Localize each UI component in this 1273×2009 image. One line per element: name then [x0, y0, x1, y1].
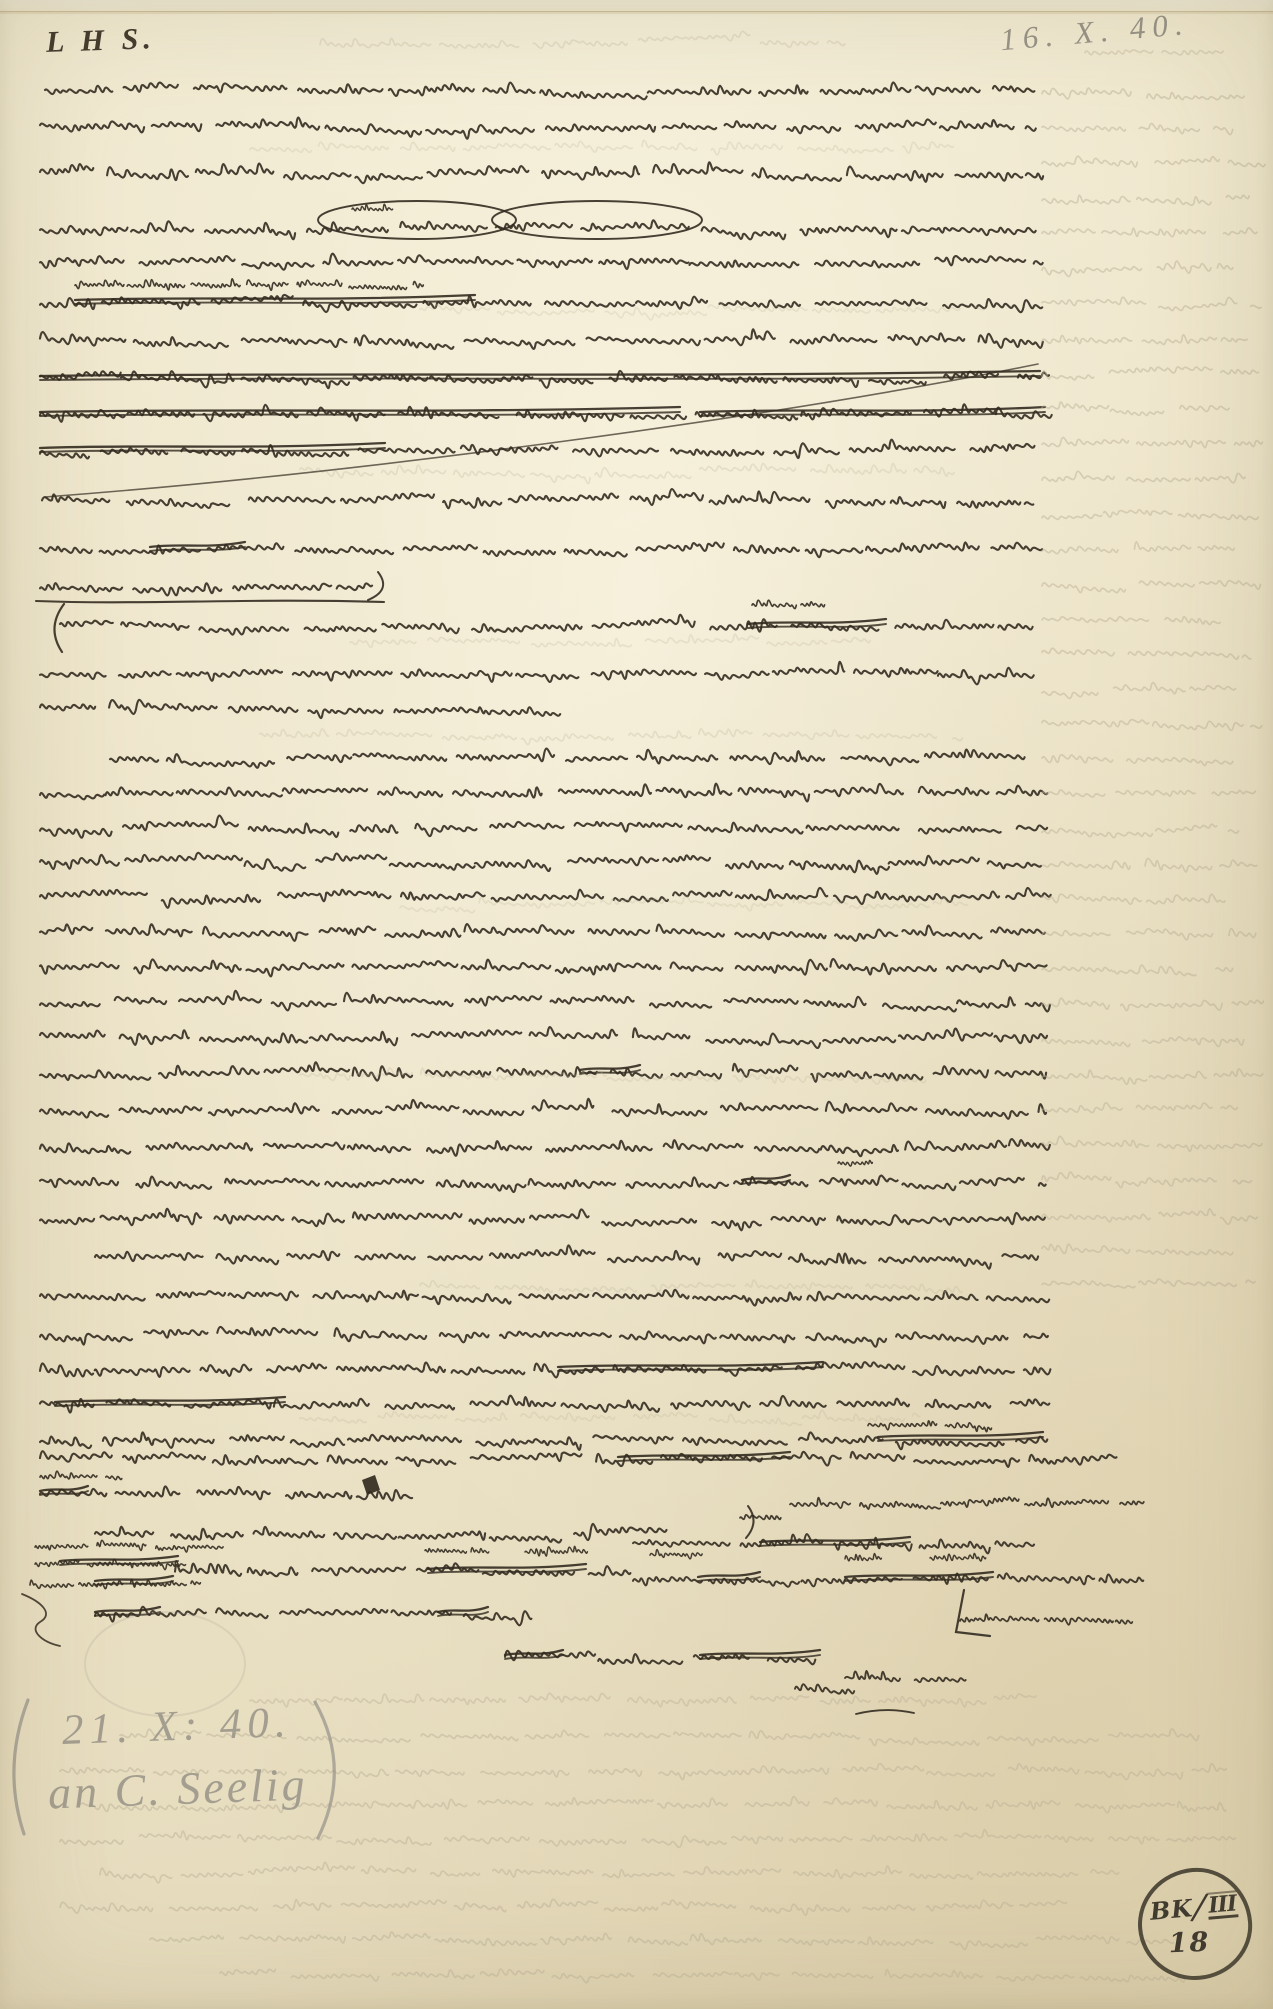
letter-scan: L H S. 16. X. 40. 21. X: 40. an C. Seeli…	[0, 0, 1273, 2009]
stamp-prefix: BK	[1149, 1896, 1194, 1924]
archive-note-date: 21. X: 40.	[61, 1698, 292, 1755]
archive-note-recipient: an C. Seelig	[47, 1757, 308, 1819]
stamp-slash: /	[1193, 1890, 1207, 1925]
stamp-number: 18	[1168, 1926, 1211, 1958]
stamp-roman-numeral: III	[1206, 1890, 1238, 1920]
salutation-abbreviation: L H S.	[45, 22, 156, 60]
stamp-signature: BK / III	[1148, 1887, 1238, 1928]
